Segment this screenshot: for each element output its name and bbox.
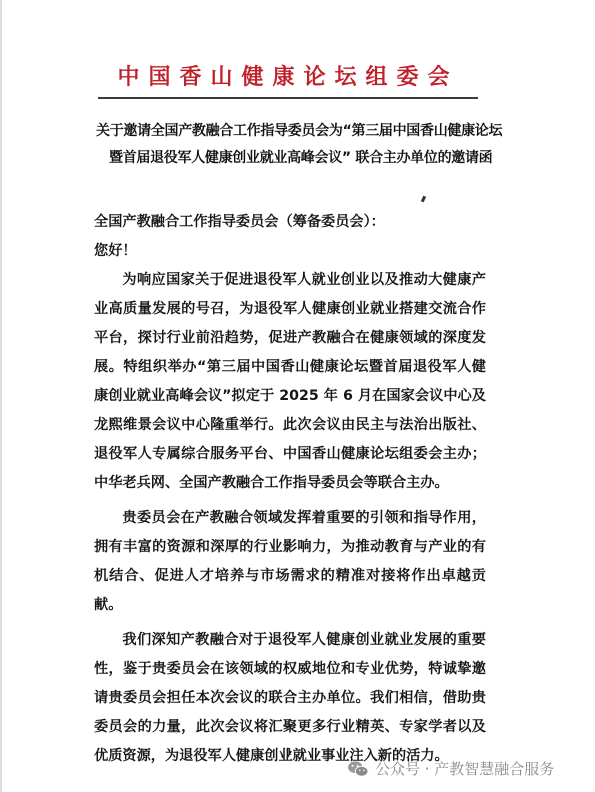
paragraph-intro: 为响应国家关于促进退役军人就业创业以及推动大健康产业高质量发展的号召，为退役军人… — [94, 266, 486, 498]
watermark-text: 公众号 · 产教智慧融合服务 — [375, 758, 554, 779]
wechat-watermark: 公众号 · 产教智慧融合服务 — [347, 758, 554, 779]
letter-body: 全国产教融合工作指导委员会（筹备委员会）： 您好！ 为响应国家关于促进退役军人就… — [94, 208, 486, 771]
greeting-line: 您好！ — [94, 237, 486, 266]
letter-subject: 关于邀请全国产教融合工作指导委员会为“第三届中国香山健康论坛 暨首届退役军人健康… — [96, 118, 506, 172]
subject-line-2: 暨首届退役军人健康创业就业高峰会议” 联合主办单位的邀请函 — [96, 145, 506, 172]
header-divider — [98, 97, 478, 99]
wechat-icon — [347, 760, 369, 778]
recipient-line: 全国产教融合工作指导委员会（筹备委员会）： — [94, 208, 486, 237]
letterhead-org-name: 中国香山健康论坛组委会 — [98, 64, 478, 92]
subject-line-1: 关于邀请全国产教融合工作指导委员会为“第三届中国香山健康论坛 — [96, 118, 506, 145]
page-edge — [0, 0, 2, 792]
stray-pen-mark — [421, 196, 426, 203]
paragraph-committee-role: 贵委员会在产教融合领域发挥着重要的引领和指导作用，拥有丰富的资源和深厚的行业影响… — [94, 504, 486, 620]
page-number: 1 — [286, 748, 292, 758]
